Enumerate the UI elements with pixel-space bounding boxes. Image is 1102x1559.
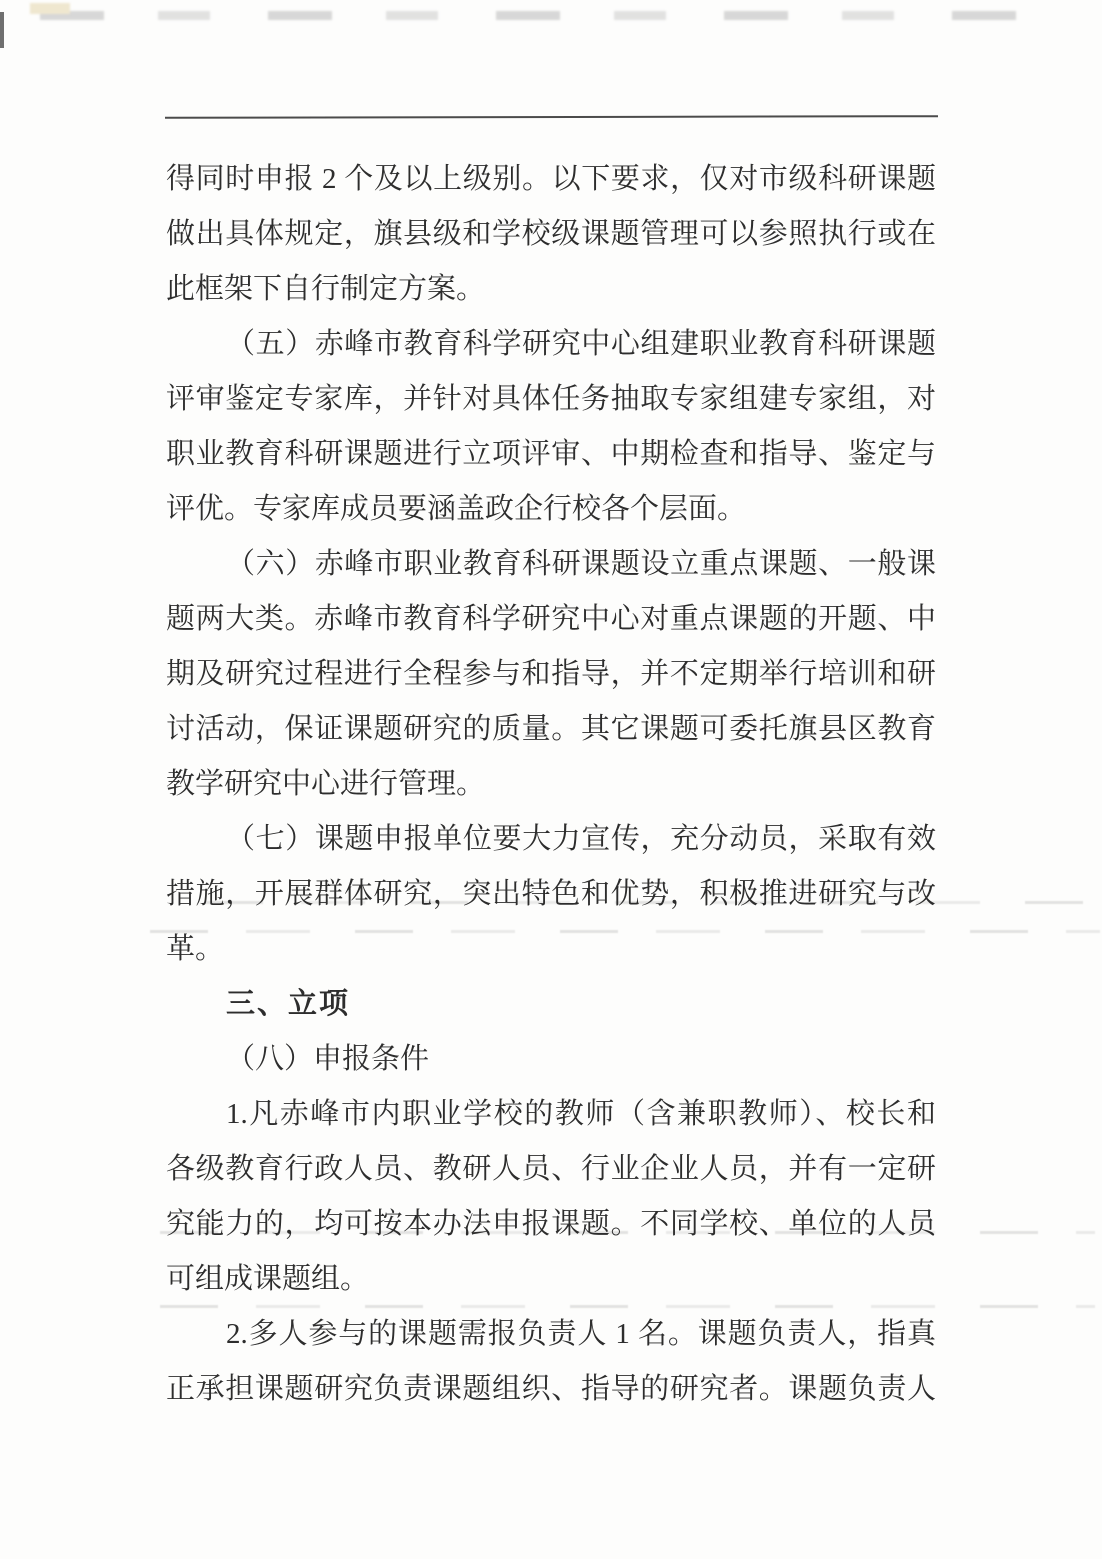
section-heading: 三、立项 <box>166 977 936 1032</box>
header-rule <box>165 115 938 119</box>
scan-artifact-edge-mark <box>0 12 4 48</box>
document-page: 得同时申报 2 个及以上级别。以下要求，仅对市级科研课题 做出具体规定，旗县级和… <box>0 0 1102 1559</box>
text-line: 评审鉴定专家库，并针对具体任务抽取专家组建专家组，对 <box>166 372 936 427</box>
scan-artifact-beige-patch <box>30 3 70 14</box>
text-line: 期及研究过程进行全程参与和指导，并不定期举行培训和研 <box>166 647 936 702</box>
subsection-heading: （八）申报条件 <box>166 1032 936 1087</box>
text-line: 讨活动，保证课题研究的质量。其它课题可委托旗县区教育 <box>166 702 936 757</box>
text-line: （五）赤峰市教育科学研究中心组建职业教育科研课题 <box>166 317 936 372</box>
text-line: 措施，开展群体研究，突出特色和优势，积极推进研究与改 <box>166 867 936 922</box>
text-line: 做出具体规定，旗县级和学校级课题管理可以参照执行或在 <box>166 207 936 262</box>
text-line: 可组成课题组。 <box>166 1252 936 1307</box>
text-line: 题两大类。赤峰市教育科学研究中心对重点课题的开题、中 <box>166 592 936 647</box>
text-line: 正承担课题研究负责课题组织、指导的研究者。课题负责人 <box>166 1362 936 1417</box>
text-line: 各级教育行政人员、教研人员、行业企业人员，并有一定研 <box>166 1142 936 1197</box>
text-line: 评优。专家库成员要涵盖政企行校各个层面。 <box>166 482 936 537</box>
text-line: （七）课题申报单位要大力宣传，充分动员，采取有效 <box>166 812 936 867</box>
text-line: 究能力的，均可按本办法申报课题。不同学校、单位的人员 <box>166 1197 936 1252</box>
text-line: 教学研究中心进行管理。 <box>166 757 936 812</box>
document-body: 得同时申报 2 个及以上级别。以下要求，仅对市级科研课题 做出具体规定，旗县级和… <box>166 152 936 1417</box>
text-line: 革。 <box>166 922 936 977</box>
text-line: 得同时申报 2 个及以上级别。以下要求，仅对市级科研课题 <box>166 152 936 207</box>
text-line: （六）赤峰市职业教育科研课题设立重点课题、一般课 <box>166 537 936 592</box>
text-line: 职业教育科研课题进行立项评审、中期检查和指导、鉴定与 <box>166 427 936 482</box>
scan-artifact-top-smudge <box>40 11 1020 20</box>
text-line: 1.凡赤峰市内职业学校的教师（含兼职教师）、校长和 <box>166 1087 936 1142</box>
text-line: 2.多人参与的课题需报负责人 1 名。课题负责人，指真 <box>166 1307 936 1362</box>
text-line: 此框架下自行制定方案。 <box>166 262 936 317</box>
